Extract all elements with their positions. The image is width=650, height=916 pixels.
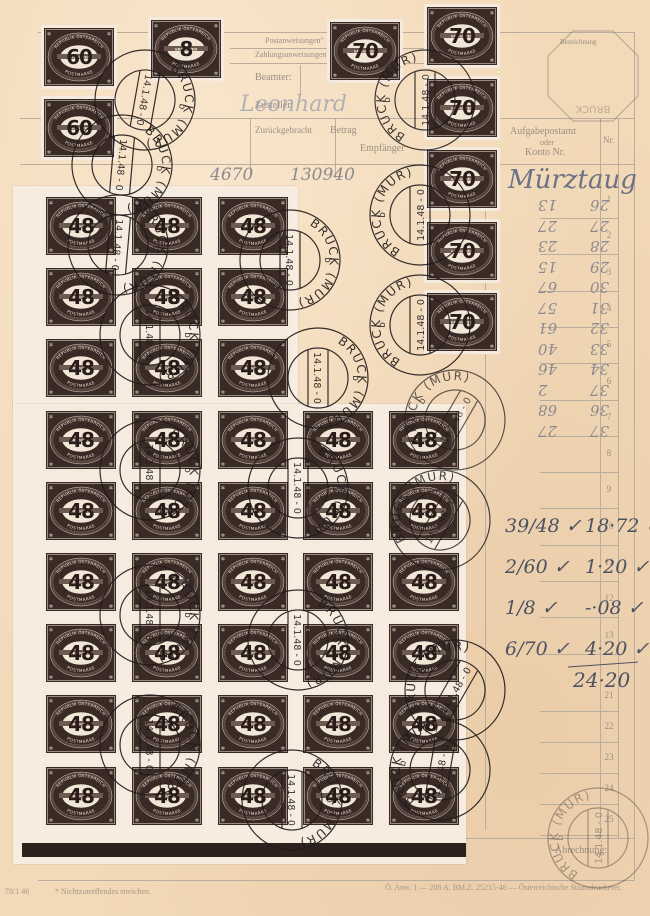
stamp-denomination: 8 <box>148 17 224 81</box>
pencil-figure: 15 <box>538 258 557 276</box>
pencil-figure: 27 <box>538 217 557 235</box>
stamp-denomination: 48 <box>43 479 119 543</box>
stamp-48: REPUBLIK ÖSTERREICH POSTMARKE GROSCHEN ✲… <box>300 764 376 828</box>
stamp-denomination: 48 <box>43 408 119 472</box>
stamp-denomination: 48 <box>215 621 291 685</box>
tally-qty-rate: 6/70 ✓ <box>505 638 570 660</box>
stamp-denomination: 48 <box>215 408 291 472</box>
stamp-denomination: 60 <box>41 25 117 89</box>
tally-qty-rate: 39/48 ✓ <box>505 515 582 537</box>
amount-label: Betrag <box>330 125 357 136</box>
stamp-48: REPUBLIK ÖSTERREICH POSTMARKE GROSCHEN ✲… <box>215 194 291 258</box>
settlement-label: Abrechnung: <box>555 845 607 856</box>
stamp-denomination: 70 <box>424 4 500 68</box>
row-number: 22 <box>598 721 620 731</box>
bezeichnung-label: Bezeichnung <box>560 38 597 46</box>
stamp-denomination: 48 <box>43 265 119 329</box>
stamp-denomination: 48 <box>386 550 462 614</box>
stamp-denomination: 48 <box>300 692 376 756</box>
stamp-denomination: 48 <box>386 764 462 828</box>
stamp-48: REPUBLIK ÖSTERREICH POSTMARKE GROSCHEN ✲… <box>215 479 291 543</box>
stamp-48: REPUBLIK ÖSTERREICH POSTMARKE GROSCHEN ✲… <box>129 194 205 258</box>
stamp-48: REPUBLIK ÖSTERREICH POSTMARKE GROSCHEN ✲… <box>129 621 205 685</box>
pencil-figure: 46 <box>538 360 557 378</box>
stamp-48: REPUBLIK ÖSTERREICH POSTMARKE GROSCHEN ✲… <box>129 265 205 329</box>
pencil-figure: 40 <box>538 340 557 358</box>
no-label: Nr. <box>603 135 614 145</box>
tally-amount: 18·72 ✓ <box>585 515 650 537</box>
official-label: Beamter: <box>255 72 292 83</box>
stamp-denomination: 48 <box>300 550 376 614</box>
stamp-denomination: 48 <box>43 764 119 828</box>
stamp-48: REPUBLIK ÖSTERREICH POSTMARKE GROSCHEN ✲… <box>43 194 119 258</box>
tally-qty-rate: 2/60 ✓ <box>505 556 570 578</box>
stamp-48: REPUBLIK ÖSTERREICH POSTMARKE GROSCHEN ✲… <box>129 336 205 400</box>
tally-qty-rate: 1/8 ✓ <box>505 597 558 619</box>
footer-code: 78/1 46 <box>5 887 29 896</box>
sheet-margin-bar <box>22 843 466 857</box>
account-no-label: Konto Nr. <box>525 147 565 158</box>
stamp-48: REPUBLIK ÖSTERREICH POSTMARKE GROSCHEN ✲… <box>386 621 462 685</box>
stamp-denomination: 70 <box>424 290 500 354</box>
tally-total: 24·20 <box>573 668 630 692</box>
stamp-48: REPUBLIK ÖSTERREICH POSTMARKE GROSCHEN ✲… <box>129 764 205 828</box>
form-header-2: Zahlungsanweisungen" <box>255 50 330 59</box>
pencil-figure: 34 <box>590 360 609 378</box>
recipient-label: Empfänger <box>360 143 404 154</box>
pencil-figure: 23 <box>538 237 557 255</box>
handwritten-number-1: 130940 <box>290 165 355 185</box>
stamp-70: REPUBLIK ÖSTERREICH POSTMARKE GROSCHEN ✲… <box>424 147 500 211</box>
stamp-denomination: 48 <box>215 692 291 756</box>
pencil-figure: 61 <box>538 319 557 337</box>
stamp-denomination: 60 <box>41 96 117 160</box>
stamp-denomination: 48 <box>386 408 462 472</box>
row-number: 25 <box>598 814 620 824</box>
stamp-8: REPUBLIK ÖSTERREICH POSTMARKE GROSCHEN ✲… <box>148 17 224 81</box>
stamp-denomination: 70 <box>424 76 500 140</box>
pencil-figure: 37 <box>590 381 609 399</box>
stamp-denomination: 48 <box>43 336 119 400</box>
tally-amount: -·08 ✓ <box>585 597 644 619</box>
stamp-48: REPUBLIK ÖSTERREICH POSTMARKE GROSCHEN ✲… <box>43 336 119 400</box>
stamp-70: REPUBLIK ÖSTERREICH POSTMARKE GROSCHEN ✲… <box>327 19 403 83</box>
document-photo: Postanweisungen" Zahlungsanweisungen" Be… <box>0 0 650 916</box>
stamp-denomination: 48 <box>300 764 376 828</box>
pencil-figure: 32 <box>590 319 609 337</box>
stamp-48: REPUBLIK ÖSTERREICH POSTMARKE GROSCHEN ✲… <box>386 692 462 756</box>
stamp-denomination: 48 <box>215 550 291 614</box>
pencil-figure: 13 <box>538 196 557 214</box>
stamp-denomination: 70 <box>327 19 403 83</box>
stamp-48: REPUBLIK ÖSTERREICH POSTMARKE GROSCHEN ✲… <box>129 550 205 614</box>
stamp-denomination: 48 <box>129 621 205 685</box>
or-label: oder <box>540 138 554 147</box>
tally-amount: 1·20 ✓ <box>585 556 649 578</box>
pencil-figure: 68 <box>538 401 557 419</box>
stamp-denomination: 48 <box>43 550 119 614</box>
stamp-denomination: 48 <box>215 194 291 258</box>
pencil-figure: 26 <box>590 196 609 214</box>
stamp-denomination: 48 <box>129 479 205 543</box>
stamp-denomination: 48 <box>129 194 205 258</box>
stamp-denomination: 48 <box>300 479 376 543</box>
stamp-48: REPUBLIK ÖSTERREICH POSTMARKE GROSCHEN ✲… <box>300 621 376 685</box>
stamp-70: REPUBLIK ÖSTERREICH POSTMARKE GROSCHEN ✲… <box>424 4 500 68</box>
stamp-48: REPUBLIK ÖSTERREICH POSTMARKE GROSCHEN ✲… <box>43 265 119 329</box>
pencil-figure: 27 <box>538 422 557 440</box>
row-number: 23 <box>598 752 620 762</box>
stamp-70: REPUBLIK ÖSTERREICH POSTMARKE GROSCHEN ✲… <box>424 290 500 354</box>
stamp-48: REPUBLIK ÖSTERREICH POSTMARKE GROSCHEN ✲… <box>43 479 119 543</box>
stamp-48: REPUBLIK ÖSTERREICH POSTMARKE GROSCHEN ✲… <box>300 479 376 543</box>
stamp-70: REPUBLIK ÖSTERREICH POSTMARKE GROSCHEN ✲… <box>424 219 500 283</box>
pencil-figure: 67 <box>538 278 557 296</box>
stamp-60: REPUBLIK ÖSTERREICH POSTMARKE GROSCHEN ✲… <box>41 96 117 160</box>
stamp-48: REPUBLIK ÖSTERREICH POSTMARKE GROSCHEN ✲… <box>129 692 205 756</box>
stamp-48: REPUBLIK ÖSTERREICH POSTMARKE GROSCHEN ✲… <box>215 621 291 685</box>
stamp-48: REPUBLIK ÖSTERREICH POSTMARKE GROSCHEN ✲… <box>215 550 291 614</box>
stamp-denomination: 48 <box>300 408 376 472</box>
pencil-figure: 31 <box>590 299 609 317</box>
stamp-denomination: 48 <box>386 479 462 543</box>
stamp-48: REPUBLIK ÖSTERREICH POSTMARKE GROSCHEN ✲… <box>215 336 291 400</box>
stamp-48: REPUBLIK ÖSTERREICH POSTMARKE GROSCHEN ✲… <box>43 692 119 756</box>
stamp-48: REPUBLIK ÖSTERREICH POSTMARKE GROSCHEN ✲… <box>43 621 119 685</box>
stamp-48: REPUBLIK ÖSTERREICH POSTMARKE GROSCHEN ✲… <box>386 408 462 472</box>
origin-office-label: Aufgabepostamt <box>510 126 576 137</box>
stamp-denomination: 48 <box>129 265 205 329</box>
pencil-figure: 27 <box>590 217 609 235</box>
returned-label: Zurückgebracht <box>255 125 312 135</box>
form-header-1: Postanweisungen" <box>265 36 324 45</box>
handwritten-official: Leonhard <box>240 92 347 117</box>
stamp-48: REPUBLIK ÖSTERREICH POSTMARKE GROSCHEN ✲… <box>215 764 291 828</box>
row-number: 8 <box>598 448 620 458</box>
stamp-60: REPUBLIK ÖSTERREICH POSTMARKE GROSCHEN ✲… <box>41 25 117 89</box>
pencil-figure: 29 <box>590 258 609 276</box>
footer-imprint: Ö. Anw. 1 — 208 A. BM.Z. 25215-46 — Öste… <box>385 883 622 892</box>
stamp-48: REPUBLIK ÖSTERREICH POSTMARKE GROSCHEN ✲… <box>215 265 291 329</box>
stamp-denomination: 48 <box>215 336 291 400</box>
stamp-denomination: 70 <box>424 219 500 283</box>
stamp-48: REPUBLIK ÖSTERREICH POSTMARKE GROSCHEN ✲… <box>386 550 462 614</box>
row-number: 24 <box>598 783 620 793</box>
stamp-denomination: 48 <box>129 764 205 828</box>
pencil-figure: 30 <box>590 278 609 296</box>
stamp-denomination: 48 <box>386 692 462 756</box>
pencil-figure: 28 <box>590 237 609 255</box>
pencil-figure: 33 <box>590 340 609 358</box>
stamp-denomination: 48 <box>129 408 205 472</box>
stamp-denomination: 48 <box>215 265 291 329</box>
stamp-denomination: 48 <box>386 621 462 685</box>
stamp-48: REPUBLIK ÖSTERREICH POSTMARKE GROSCHEN ✲… <box>129 408 205 472</box>
stamp-48: REPUBLIK ÖSTERREICH POSTMARKE GROSCHEN ✲… <box>215 408 291 472</box>
pencil-figure: 36 <box>590 401 609 419</box>
stamp-48: REPUBLIK ÖSTERREICH POSTMARKE GROSCHEN ✲… <box>300 408 376 472</box>
stamp-48: REPUBLIK ÖSTERREICH POSTMARKE GROSCHEN ✲… <box>386 764 462 828</box>
stamp-denomination: 48 <box>129 692 205 756</box>
stamp-denomination: 48 <box>215 764 291 828</box>
pencil-figure: 57 <box>538 299 557 317</box>
footer-note: * Nichtzutreffendes streichen. <box>55 887 151 896</box>
stamp-48: REPUBLIK ÖSTERREICH POSTMARKE GROSCHEN ✲… <box>300 550 376 614</box>
stamp-denomination: 48 <box>129 550 205 614</box>
stamp-48: REPUBLIK ÖSTERREICH POSTMARKE GROSCHEN ✲… <box>43 550 119 614</box>
stamp-denomination: 48 <box>43 692 119 756</box>
stamp-48: REPUBLIK ÖSTERREICH POSTMARKE GROSCHEN ✲… <box>43 408 119 472</box>
stamp-48: REPUBLIK ÖSTERREICH POSTMARKE GROSCHEN ✲… <box>300 692 376 756</box>
stamp-48: REPUBLIK ÖSTERREICH POSTMARKE GROSCHEN ✲… <box>43 764 119 828</box>
stamp-denomination: 48 <box>129 336 205 400</box>
pencil-figure: 2 <box>538 381 548 399</box>
stamp-48: REPUBLIK ÖSTERREICH POSTMARKE GROSCHEN ✲… <box>215 692 291 756</box>
stamp-denomination: 48 <box>43 194 119 258</box>
stamp-48: REPUBLIK ÖSTERREICH POSTMARKE GROSCHEN ✲… <box>386 479 462 543</box>
handwritten-number-2: 4670 <box>210 165 253 185</box>
stamp-48: REPUBLIK ÖSTERREICH POSTMARKE GROSCHEN ✲… <box>129 479 205 543</box>
pencil-figure: 37 <box>590 422 609 440</box>
handwritten-recipient: Mürztaug <box>508 165 637 195</box>
stamp-denomination: 48 <box>300 621 376 685</box>
stamp-denomination: 48 <box>215 479 291 543</box>
tally-amount: 4·20 ✓ <box>585 638 649 660</box>
stamp-denomination: 70 <box>424 147 500 211</box>
row-number: 9 <box>598 484 620 494</box>
stamp-denomination: 48 <box>43 621 119 685</box>
stamp-70: REPUBLIK ÖSTERREICH POSTMARKE GROSCHEN ✲… <box>424 76 500 140</box>
